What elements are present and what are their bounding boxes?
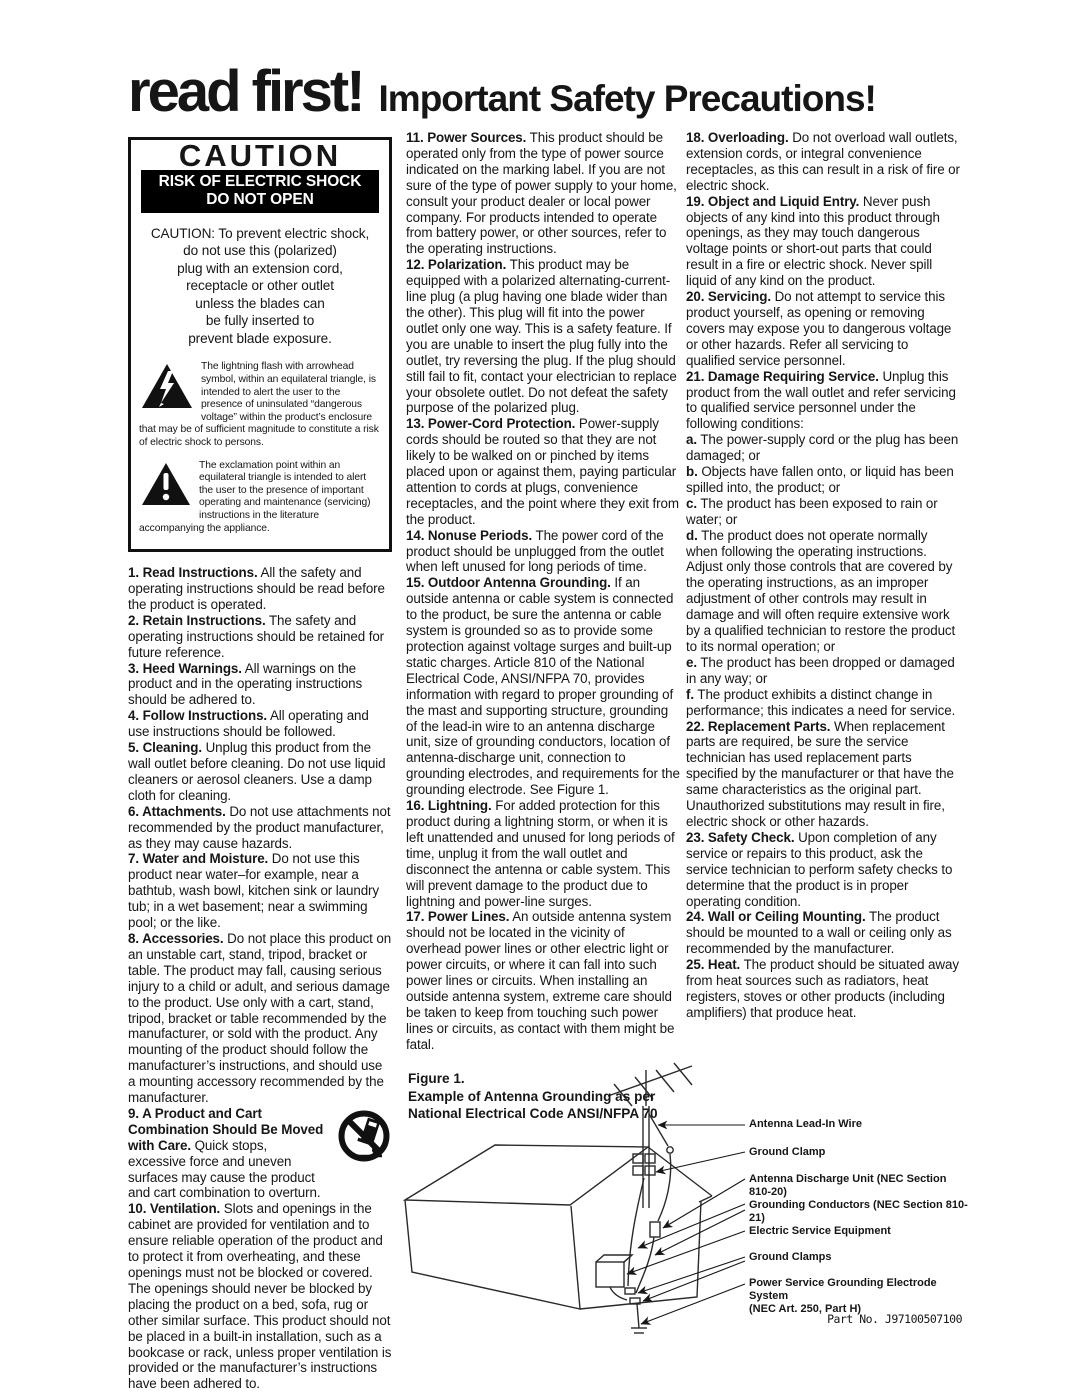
figure-label: Antenna Discharge Unit (NEC Section 810-…: [749, 1173, 969, 1199]
safety-item: 8. Accessories. Do not place this produc…: [128, 931, 392, 1106]
cart-tipping-warning-icon: [336, 1110, 392, 1168]
part-number: Part No. J97100507100: [827, 1312, 962, 1326]
safety-item: 14. Nonuse Periods. The power cord of th…: [406, 528, 680, 576]
figure-label: Ground Clamps: [749, 1251, 969, 1264]
safety-item: 21. Damage Requiring Service. Unplug thi…: [686, 369, 960, 433]
page-title-read-first: read first!: [128, 58, 363, 125]
caution-warning-text: CAUTION: To prevent electric shock, do n…: [139, 225, 381, 348]
safety-item: 12. Polarization. This product may be eq…: [406, 257, 680, 416]
caution-banner: RISK OF ELECTRIC SHOCK DO NOT OPEN: [141, 170, 379, 213]
safety-item: d. The product does not operate normally…: [686, 528, 960, 655]
figure-caption: Figure 1. Example of Antenna Grounding a…: [408, 1070, 658, 1123]
safety-item: 5. Cleaning. Unplug this product from th…: [128, 740, 392, 804]
figure-label: Ground Clamp: [749, 1146, 969, 1159]
safety-item: 1. Read Instructions. All the safety and…: [128, 565, 392, 613]
safety-item: 19. Object and Liquid Entry. Never push …: [686, 194, 960, 289]
caution-box: CAUTION RISK OF ELECTRIC SHOCK DO NOT OP…: [128, 137, 392, 552]
safety-item: 24. Wall or Ceiling Mounting. The produc…: [686, 909, 960, 957]
safety-item: 13. Power-Cord Protection. Power-supply …: [406, 416, 680, 527]
safety-items-1-10: 1. Read Instructions. All the safety and…: [128, 565, 392, 1392]
safety-item: 16. Lightning. For added protection for …: [406, 798, 680, 909]
safety-item: 15. Outdoor Antenna Grounding. If an out…: [406, 575, 680, 798]
safety-item: e. The product has been dropped or damag…: [686, 655, 960, 687]
lightning-triangle-icon: [141, 363, 193, 414]
safety-item: 10. Ventilation. Slots and openings in t…: [128, 1201, 392, 1392]
safety-item: c. The product has been exposed to rain …: [686, 496, 960, 528]
safety-item: 22. Replacement Parts. When replacement …: [686, 719, 960, 830]
safety-item: 9. A Product and Cart Combination Should…: [128, 1106, 392, 1201]
safety-item: 23. Safety Check. Upon completion of any…: [686, 830, 960, 910]
caution-heading: CAUTION: [139, 148, 381, 164]
safety-item: b. Objects have fallen onto, or liquid h…: [686, 464, 960, 496]
lightning-notice: The lightning flash with arrowhead symbo…: [139, 361, 381, 449]
figure-antenna-grounding: Figure 1. Example of Antenna Grounding a…: [400, 1048, 972, 1354]
exclamation-triangle-icon: [141, 462, 191, 511]
safety-item: f. The product exhibits a distinct chang…: [686, 687, 960, 719]
figure-label: Grounding Conductors (NEC Section 810-21…: [749, 1199, 969, 1225]
safety-item: 17. Power Lines. An outside antenna syst…: [406, 909, 680, 1052]
figure-label: Power Service Grounding Electrode System…: [749, 1277, 969, 1315]
safety-item: 7. Water and Moisture. Do not use this p…: [128, 851, 392, 931]
safety-item: a. The power-supply cord or the plug has…: [686, 432, 960, 464]
manual-safety-page: read first! Important Safety Precautions…: [0, 0, 1080, 1397]
safety-items-11-17: 11. Power Sources. This product should b…: [406, 130, 680, 1053]
safety-item: 18. Overloading. Do not overload wall ou…: [686, 130, 960, 194]
safety-item: 2. Retain Instructions. The safety and o…: [128, 613, 392, 661]
safety-item: 11. Power Sources. This product should b…: [406, 130, 680, 257]
caution-banner-line1: RISK OF ELECTRIC SHOCK: [141, 173, 379, 191]
figure-label: Electric Service Equipment: [749, 1225, 969, 1238]
safety-item: 25. Heat. The product should be situated…: [686, 957, 960, 1021]
safety-item: 20. Servicing. Do not attempt to service…: [686, 289, 960, 369]
safety-item: 3. Heed Warnings. All warnings on the pr…: [128, 661, 392, 709]
safety-items-18-25: 18. Overloading. Do not overload wall ou…: [686, 130, 960, 1021]
caution-banner-line2: DO NOT OPEN: [141, 191, 379, 209]
page-title-safety-precautions: Important Safety Precautions!: [379, 78, 876, 120]
safety-item: 6. Attachments. Do not use attachments n…: [128, 804, 392, 852]
figure-label: Antenna Lead-In Wire: [749, 1118, 969, 1131]
safety-column-left: CAUTION RISK OF ELECTRIC SHOCK DO NOT OP…: [128, 137, 392, 1392]
exclamation-notice: The exclamation point within an equilate…: [139, 460, 381, 536]
page-title: read first! Important Safety Precautions…: [128, 58, 978, 125]
safety-item: 4. Follow Instructions. All operating an…: [128, 708, 392, 740]
